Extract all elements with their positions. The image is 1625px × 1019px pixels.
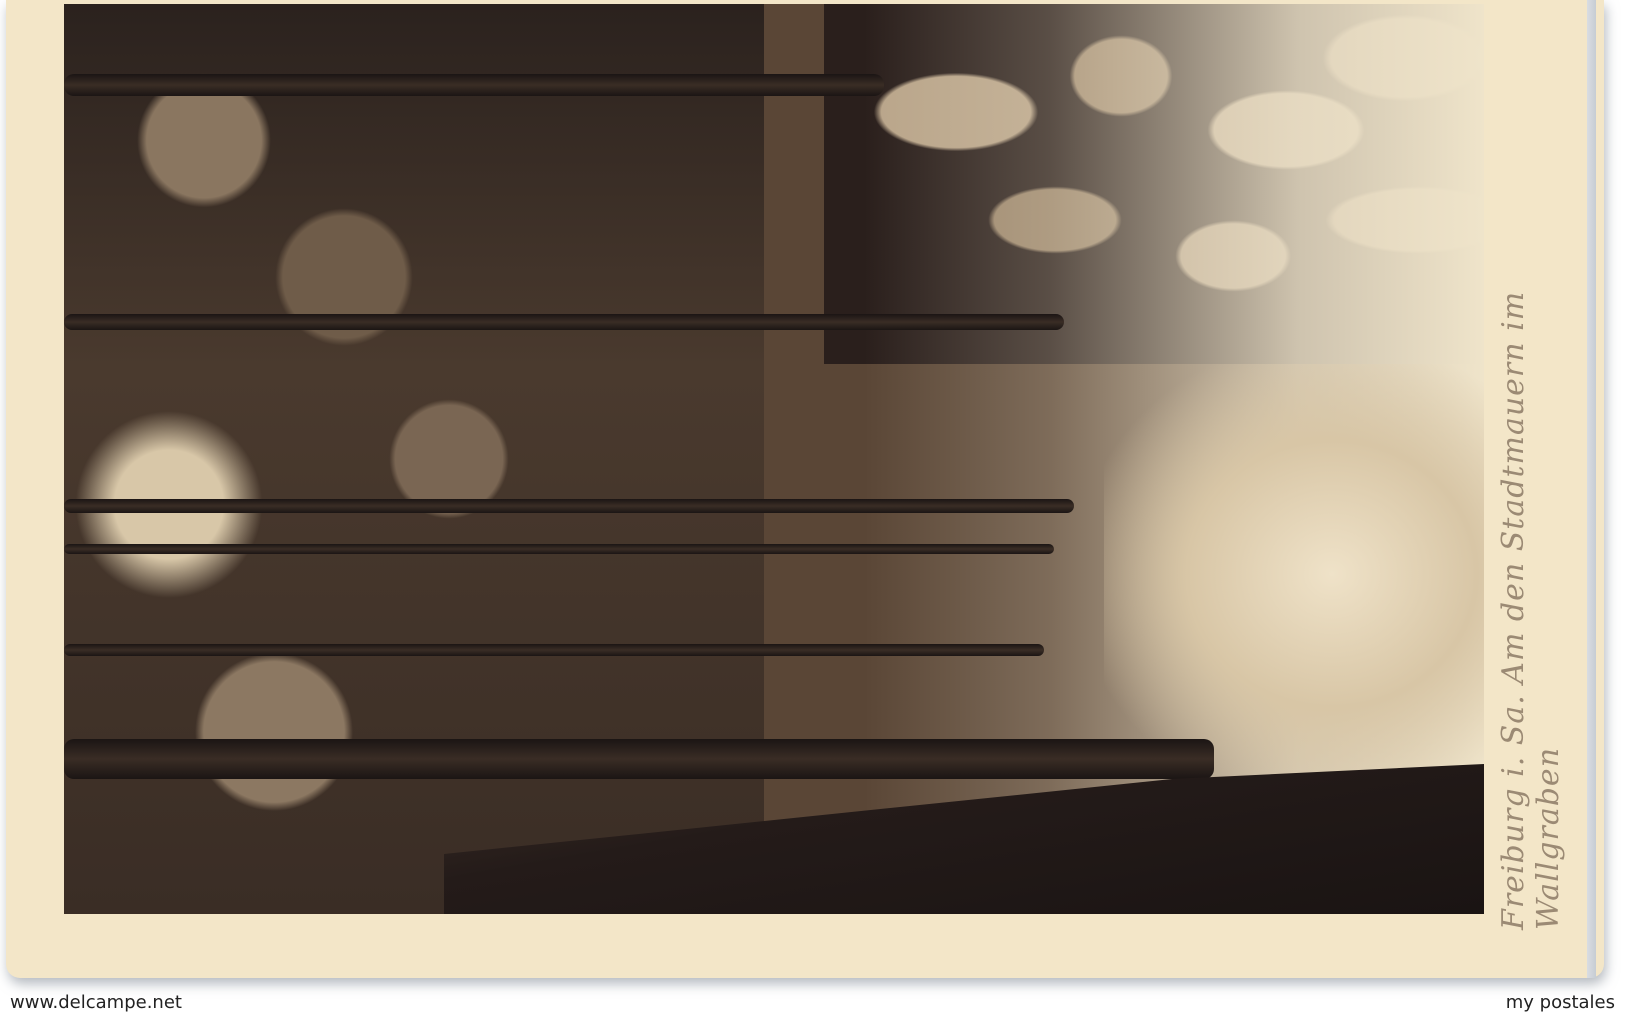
tree-trunk bbox=[64, 499, 1074, 513]
tree-trunk bbox=[64, 544, 1054, 554]
sunlit-wall-patch bbox=[1104, 364, 1484, 784]
tree-trunk bbox=[64, 74, 884, 96]
watermark-mypostales: my postales bbox=[1506, 992, 1615, 1013]
tree-trunk bbox=[64, 314, 1064, 330]
postcard: Freiburg i. Sa. Am den Stadtmauern im Wa… bbox=[6, 0, 1604, 978]
handwritten-caption: Freiburg i. Sa. Am den Stadtmauern im Wa… bbox=[1496, 130, 1556, 930]
postcard-photo bbox=[64, 4, 1484, 914]
watermark-delcampe: www.delcampe.net bbox=[10, 992, 182, 1013]
card-edge bbox=[1587, 0, 1596, 978]
tree-trunk bbox=[64, 739, 1214, 779]
tree-trunk bbox=[64, 644, 1044, 656]
